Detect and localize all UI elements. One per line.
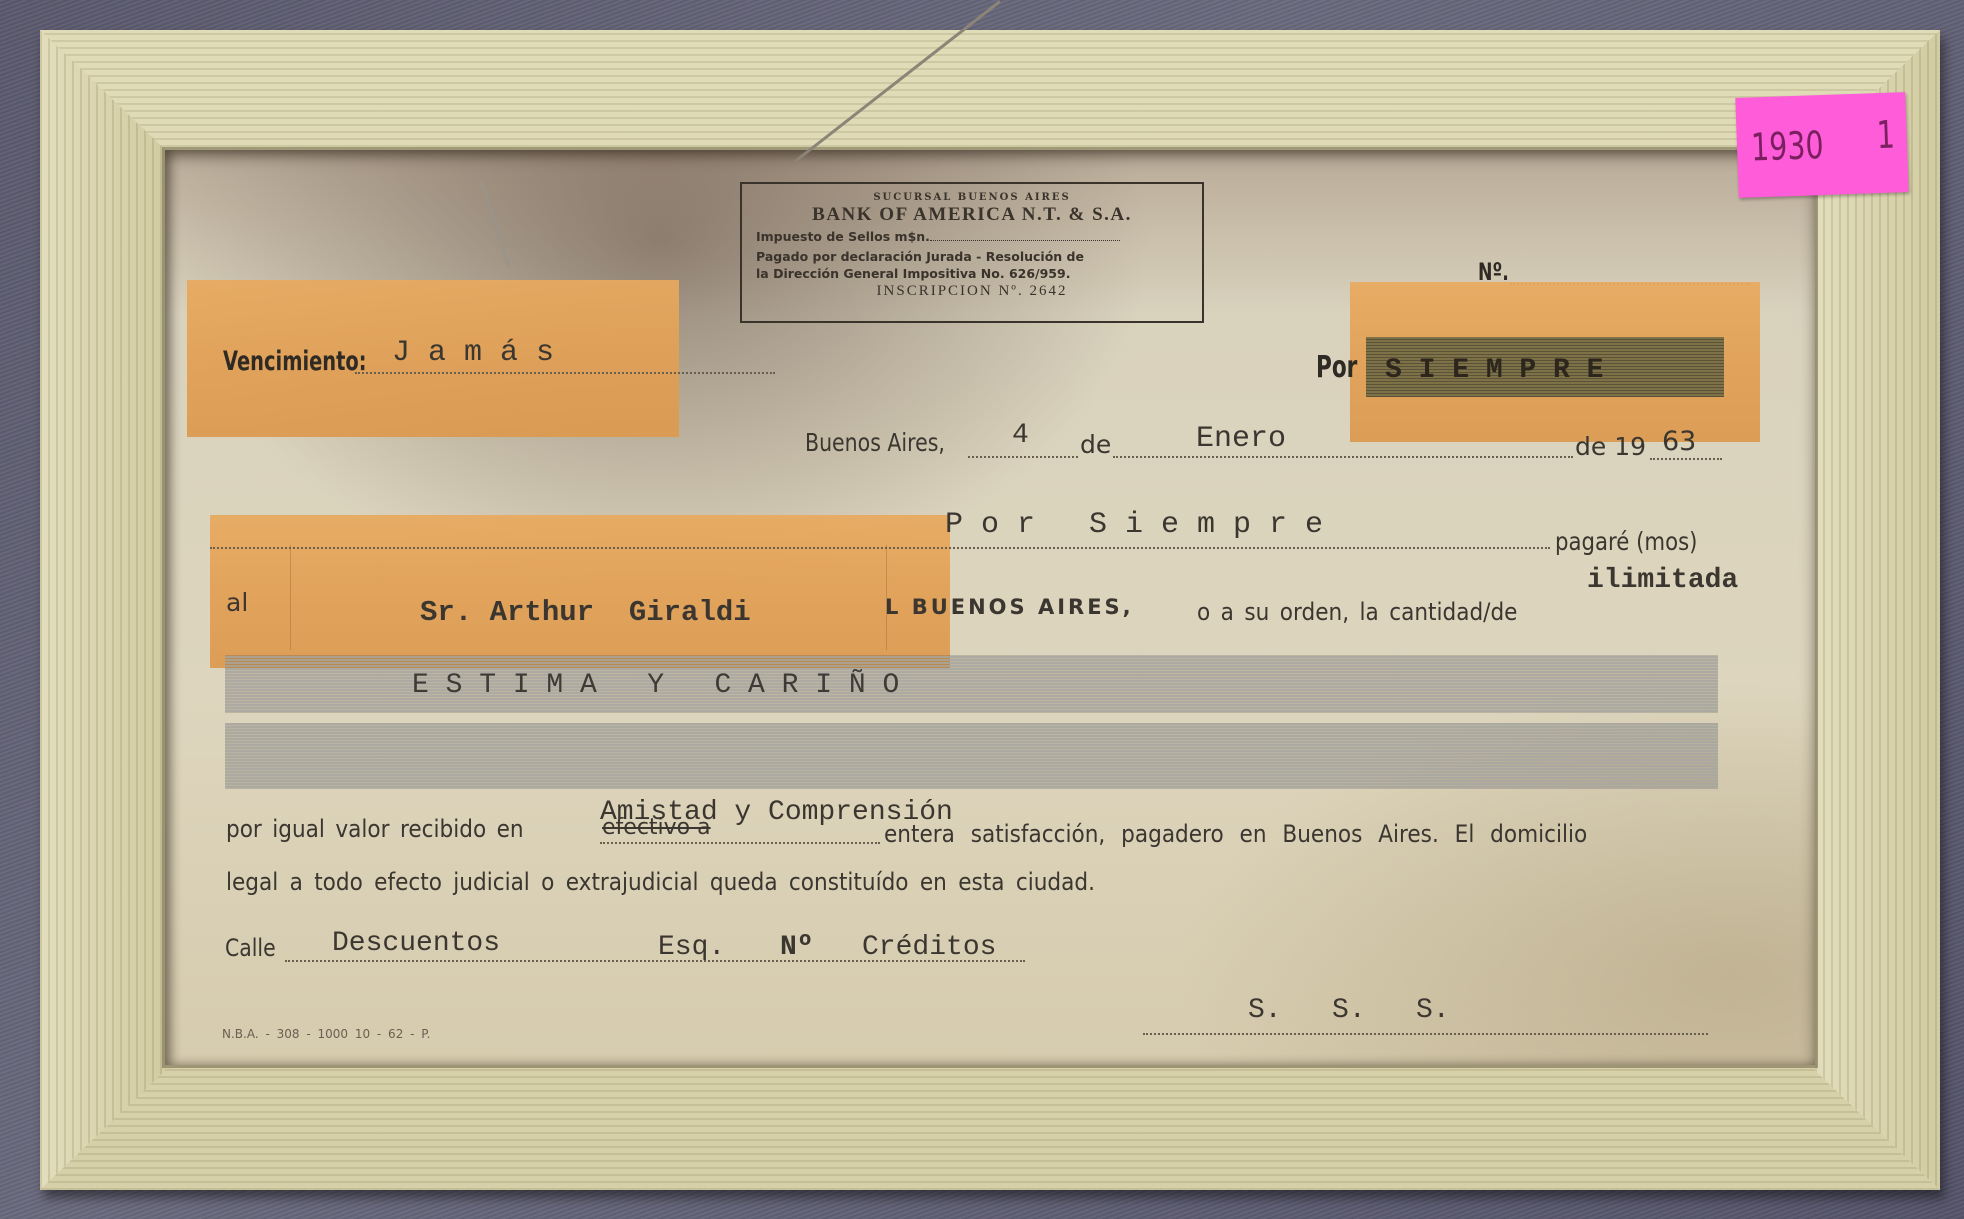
amount-qualifier: ilimitada [1587,565,1738,596]
stamp-branch: SUCURSAL BUENOS AIRES [742,192,1202,203]
day-field-line [968,456,1078,458]
day-value: 4 [1012,420,1029,451]
stamp-tax-label: Impuesto de Sellos m$n. [756,229,930,244]
stamp-tax-line: Impuesto de Sellos m$n. [742,229,1202,244]
signature-line [1143,1033,1708,1035]
month-field-line [1113,456,1573,458]
amount-words: E S T I M A Y C A R I Ñ O [412,670,899,701]
value-line-suffix: entera satisfacción, pagadero en Buenos … [884,820,1587,848]
payee-name: Sr. Arthur Giraldi [420,596,751,629]
due-value: J a m á s [392,336,554,370]
form-code: N.B.A. - 308 - 1000 10 - 62 - P. [222,1027,430,1041]
corner-label: Esq. [658,932,725,963]
frame-right-rail [1815,30,1940,1190]
frame-left-rail [40,30,165,1190]
legal-domicile-text: legal a todo efecto judicial o extrajudi… [226,868,1095,896]
due-label: Vencimiento: [223,346,367,377]
order-text: o a su orden, la cantidad/de [1197,598,1517,626]
stamp-declaration-line1: Pagado por declaración Jurada - Resoluci… [756,248,1202,265]
year-field-line [1650,458,1722,460]
stamp-declaration-line2: la Dirección General Impositiva No. 626/… [756,265,1202,282]
street-value: Descuentos [332,928,500,959]
corner-number-struck: Nº [780,932,814,963]
corner-value: Créditos [862,932,996,963]
por-label: Por [1316,350,1357,385]
year-prefix: de 19 [1575,432,1646,461]
price-tag-left-number: 1930 [1750,123,1824,170]
month-value: Enero [1196,422,1286,456]
value-line-prefix: por igual valor recibido en [226,815,524,843]
de-label: de [1080,430,1111,459]
price-tag: 1930 1 [1735,92,1908,198]
place-label: Buenos Aires, [805,428,945,457]
value-field-line [600,842,880,844]
payee-bank-fragment: L BUENOS AIRES, [885,595,1134,619]
stamp-bank-name: BANK OF AMERICA N.T. & S.A. [742,204,1202,226]
term-field-line [210,547,1550,549]
pagare-label: pagaré (mos) [1555,527,1697,556]
stamp-declaration: Pagado por declaración Jurada - Resoluci… [742,248,1202,282]
year-suffix: 63 [1662,426,1696,457]
signature-initials: S. S. S. [1248,995,1450,1026]
al-label: al [226,588,248,617]
amount-strip-2 [225,723,1718,789]
bank-stamp-box: SUCURSAL BUENOS AIRES BANK OF AMERICA N.… [740,182,1204,323]
price-tag-right-number: 1 [1876,112,1896,157]
street-label: Calle [225,934,276,962]
term-value: P o r S i e m p r e [945,508,1323,542]
stamp-registration: INSCRIPCION Nº. 2642 [742,283,1202,300]
por-value: S I E M P R E [1385,355,1603,386]
due-field-line [355,372,775,374]
